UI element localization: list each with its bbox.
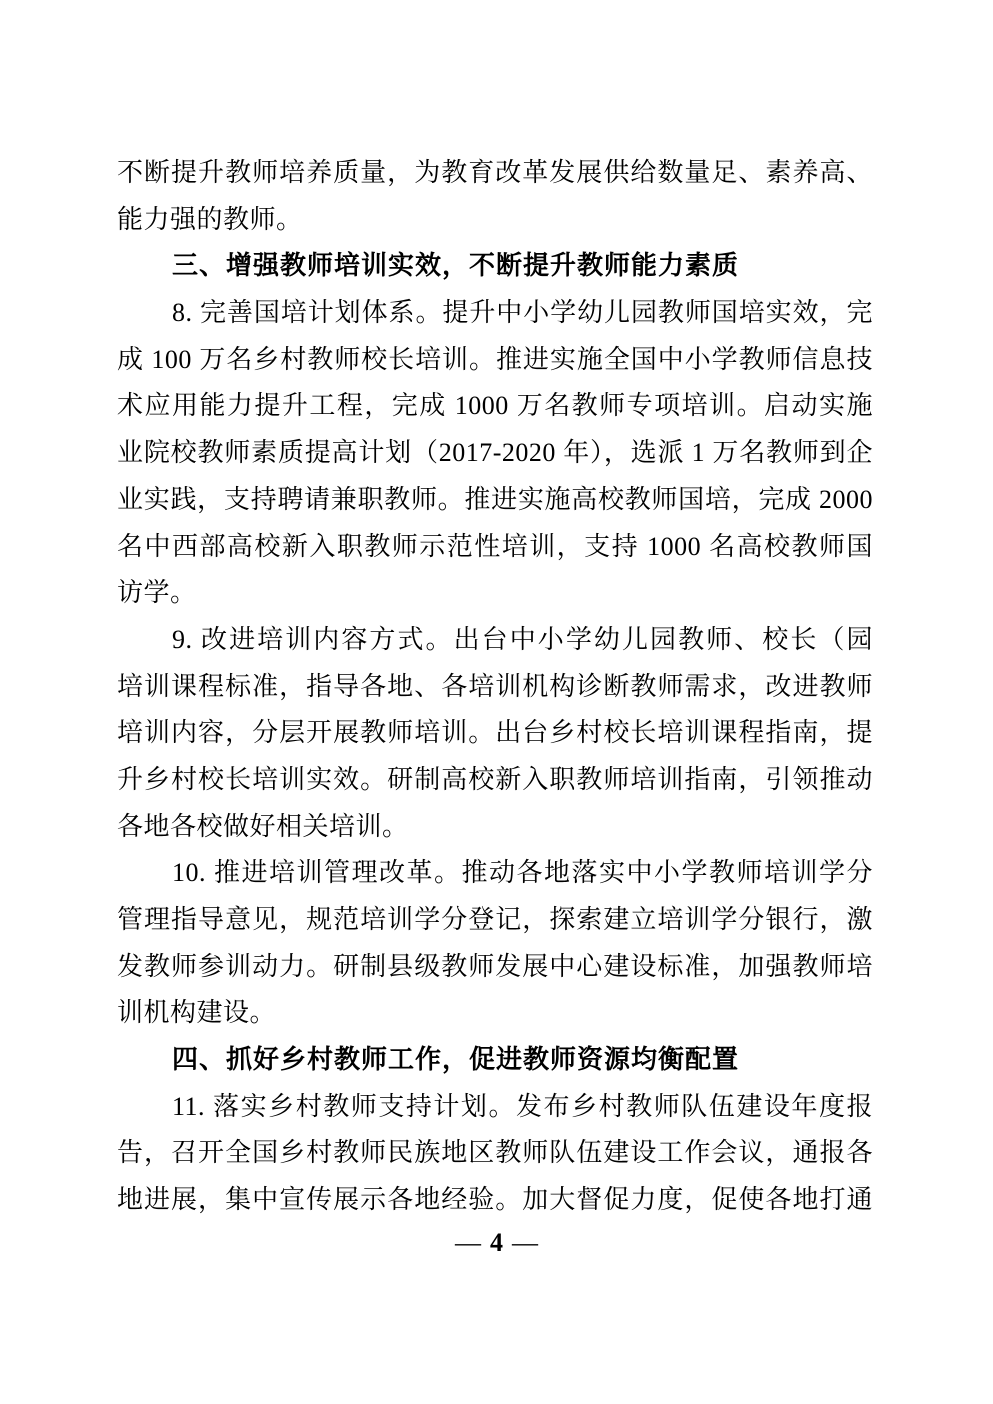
body-text-line: 10. 推进培训管理改革。推动各地落实中小学教师培训学分 xyxy=(117,850,873,897)
body-text-line: 成 100 万名乡村教师校长培训。推进实施全国中小学教师信息技 xyxy=(117,337,873,384)
body-text-line: 管理指导意见，规范培训学分登记，探索建立培训学分银行，激 xyxy=(117,897,873,944)
document-page: 不断提升教师培养质量，为教育改革发展供给数量足、素养高、能力强的教师。三、增强教… xyxy=(0,0,993,1404)
body-text-line: 11. 落实乡村教师支持计划。发布乡村教师队伍建设年度报 xyxy=(117,1084,873,1131)
body-text-line: 9. 改进培训内容方式。出台中小学幼儿园教师、校长（园长） xyxy=(117,617,873,664)
body-text-line: 训机构建设。 xyxy=(117,990,873,1037)
document-body: 不断提升教师培养质量，为教育改革发展供给数量足、素养高、能力强的教师。三、增强教… xyxy=(117,150,873,1224)
body-text-line: 8. 完善国培计划体系。提升中小学幼儿园教师国培实效，完 xyxy=(117,290,873,337)
page-footer: —4— xyxy=(0,1228,993,1258)
body-text-line: 术应用能力提升工程，完成 1000 万名教师专项培训。启动实施职 xyxy=(117,383,873,430)
body-text-line: 告，召开全国乡村教师民族地区教师队伍建设工作会议，通报各 xyxy=(117,1130,873,1177)
body-text-line: 能力强的教师。 xyxy=(117,197,873,244)
body-text-line: 发教师参训动力。研制县级教师发展中心建设标准，加强教师培 xyxy=(117,944,873,991)
body-text-line: 业院校教师素质提高计划（2017-2020 年），选派 1 万名教师到企 xyxy=(117,430,873,477)
body-text-line: 访学。 xyxy=(117,570,873,617)
section-heading-line: 三、增强教师培训实效，不断提升教师能力素质 xyxy=(117,243,873,290)
body-text-line: 业实践，支持聘请兼职教师。推进实施高校教师国培，完成 2000 xyxy=(117,477,873,524)
body-text-line: 名中西部高校新入职教师示范性培训，支持 1000 名高校教师国内 xyxy=(117,524,873,571)
page-number: 4 xyxy=(490,1228,503,1257)
body-text-line: 培训内容，分层开展教师培训。出台乡村校长培训课程指南，提 xyxy=(117,710,873,757)
body-text-line: 培训课程标准，指导各地、各培训机构诊断教师需求，改进教师 xyxy=(117,664,873,711)
body-text-line: 各地各校做好相关培训。 xyxy=(117,804,873,851)
section-heading-line: 四、抓好乡村教师工作，促进教师资源均衡配置 xyxy=(117,1037,873,1084)
body-text-line: 升乡村校长培训实效。研制高校新入职教师培训指南，引领推动 xyxy=(117,757,873,804)
footer-dash-right: — xyxy=(512,1228,538,1257)
footer-dash-left: — xyxy=(455,1228,481,1257)
body-text-line: 地进展，集中宣传展示各地经验。加大督促力度，促使各地打通 xyxy=(117,1177,873,1224)
body-text-line: 不断提升教师培养质量，为教育改革发展供给数量足、素养高、 xyxy=(117,150,873,197)
